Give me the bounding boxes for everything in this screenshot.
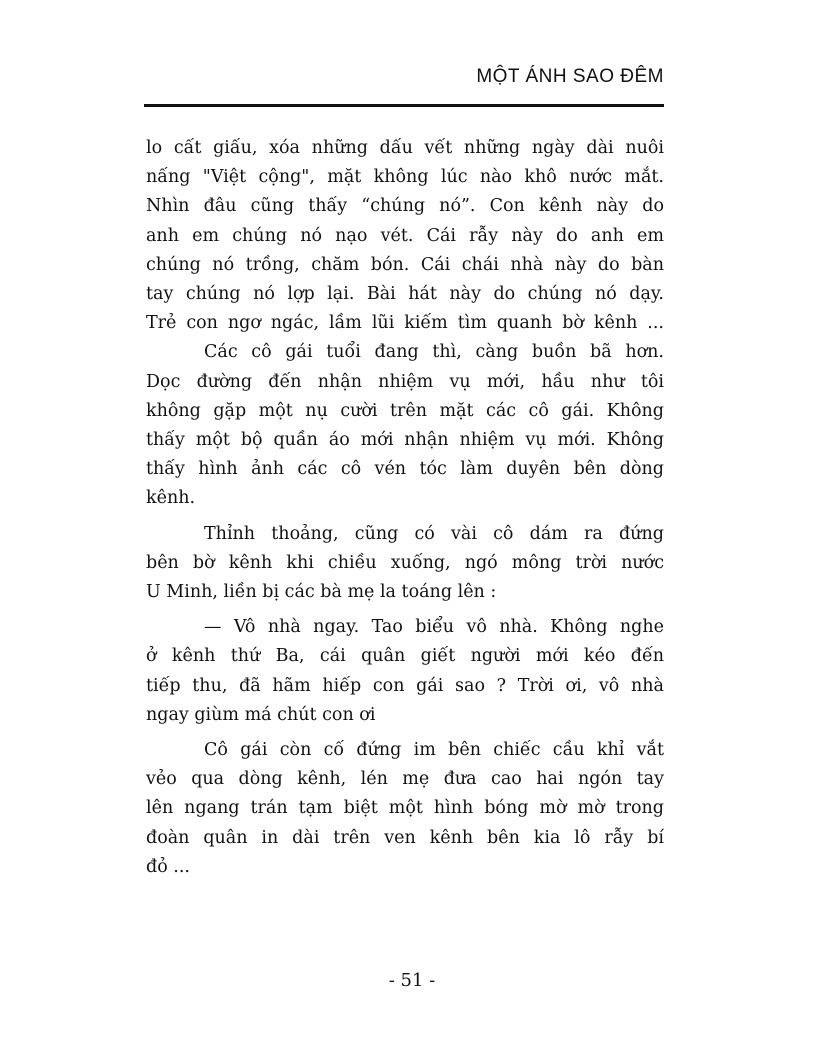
text-line: bên bờ kênh khi chiều xuống, ngó mông tr… (146, 549, 664, 578)
paragraph: Các cô gái tuổi đang thì, càng buồn bã h… (146, 338, 664, 513)
text-line: anh em chúng nó nạo vét. Cái rẫy này do … (146, 222, 664, 251)
text-line: Trẻ con ngơ ngác, lầm lũi kiếm tìm quanh… (146, 309, 664, 338)
text-line: tay chúng nó lợp lại. Bài hát này do chú… (146, 280, 664, 309)
text-line: Cô gái còn cố đứng im bên chiếc cầu khỉ … (146, 736, 664, 765)
text-line: vẻo qua dòng kênh, lén mẹ đưa cao hai ng… (146, 765, 664, 794)
text-line: U Minh, liền bị các bà mẹ la toáng lên : (146, 578, 664, 607)
page-number: - 51 - (0, 970, 816, 991)
text-line: kênh. (146, 484, 664, 513)
text-line: đỏ ... (146, 853, 664, 882)
text-line: Nhìn đâu cũng thấy “chúng nó”. Con kênh … (146, 192, 664, 221)
text-line: tiếp thu, đã hãm hiếp con gái sao ? Trời… (146, 672, 664, 701)
text-line: nấng "Việt cộng", mặt không lúc nào khô … (146, 163, 664, 192)
text-line: đoàn quân in dài trên ven kênh bên kia l… (146, 824, 664, 853)
text-line: — Vô nhà ngay. Tao biểu vô nhà. Không ng… (146, 613, 664, 642)
text-line: ở kênh thứ Ba, cái quân giết người mới k… (146, 642, 664, 671)
paragraph: Cô gái còn cố đứng im bên chiếc cầu khỉ … (146, 736, 664, 882)
header-rule (144, 104, 664, 107)
text-line: Các cô gái tuổi đang thì, càng buồn bã h… (146, 338, 664, 367)
paragraph: — Vô nhà ngay. Tao biểu vô nhà. Không ng… (146, 613, 664, 730)
text-line: lo cất giấu, xóa những dấu vết những ngà… (146, 134, 664, 163)
text-line: Thỉnh thoảng, cũng có vài cô dám ra đứng (146, 520, 664, 549)
text-line: không gặp một nụ cười trên mặt các cô gá… (146, 397, 664, 426)
text-line: lên ngang trán tạm biệt một hình bóng mờ… (146, 794, 664, 823)
paragraph: Thỉnh thoảng, cũng có vài cô dám ra đứng… (146, 520, 664, 608)
running-header-title: MỘT ÁNH SAO ĐÊM (476, 66, 664, 88)
text-line: ngay giùm má chút con ơi (146, 701, 664, 730)
text-line: Dọc đường đến nhận nhiệm vụ mới, hầu như… (146, 368, 664, 397)
text-line: thấy hình ảnh các cô vén tóc làm duyên b… (146, 455, 664, 484)
body-text: lo cất giấu, xóa những dấu vết những ngà… (146, 134, 664, 882)
paragraph: lo cất giấu, xóa những dấu vết những ngà… (146, 134, 664, 338)
text-line: thấy một bộ quần áo mới nhận nhiệm vụ mớ… (146, 426, 664, 455)
text-line: chúng nó trồng, chăm bón. Cái chái nhà n… (146, 251, 664, 280)
